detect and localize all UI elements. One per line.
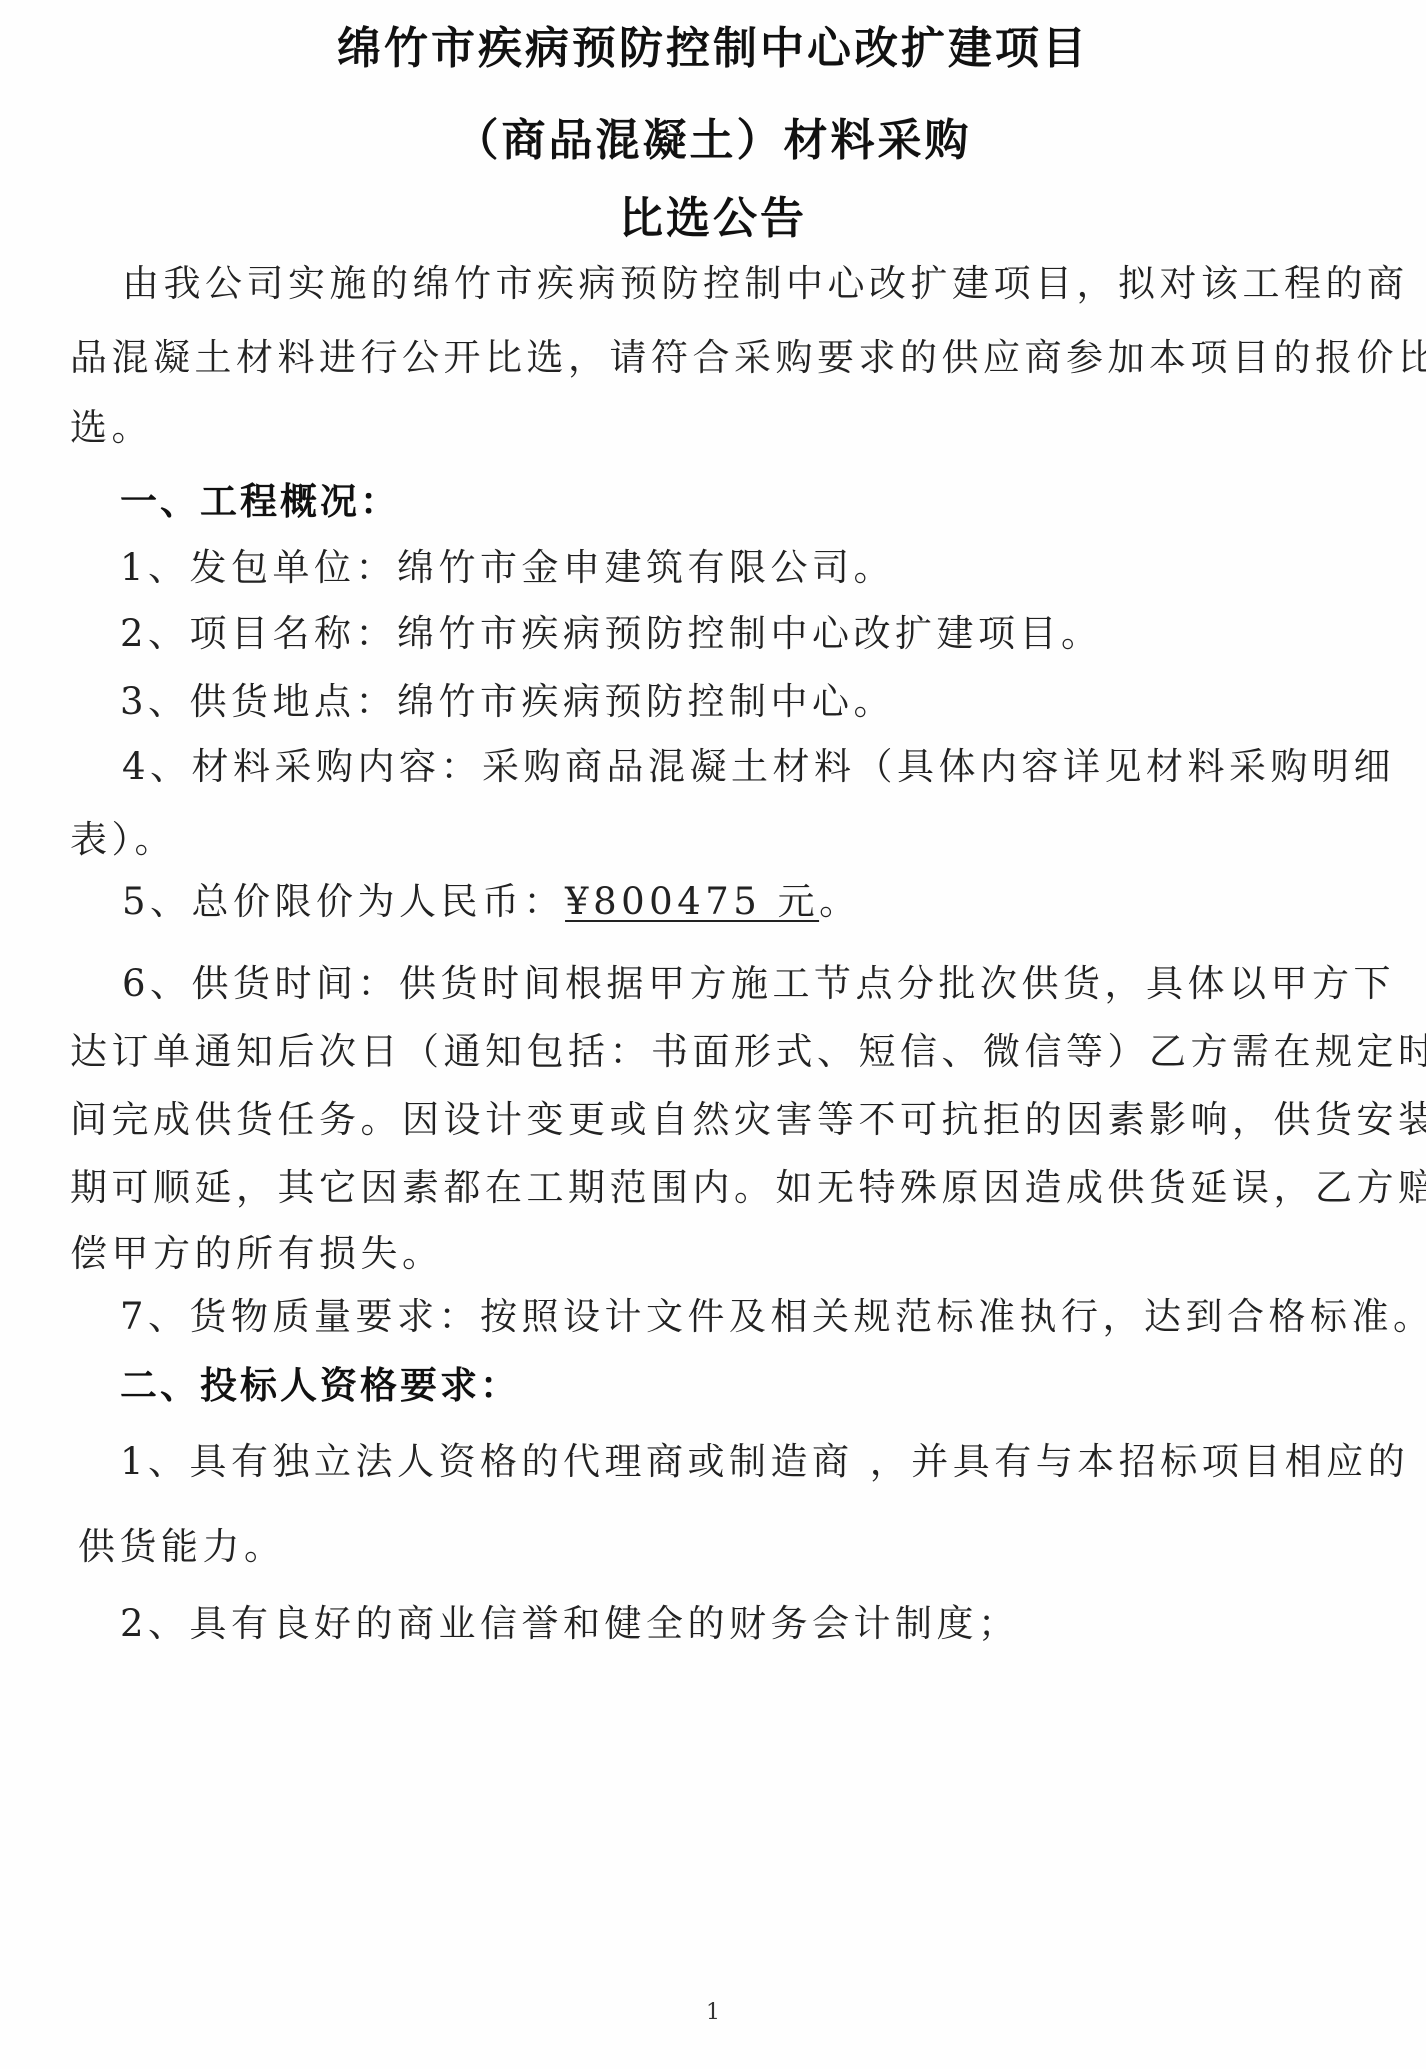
intro-paragraph-line-1: 由我公司实施的绵竹市疾病预防控制中心改扩建项目，拟对该工程的商	[122, 262, 1409, 306]
section-1-item-1: 1、发包单位：绵竹市金申建筑有限公司。	[120, 546, 895, 590]
page-number: 1	[0, 2000, 1426, 2025]
section-1-item-6-line-5: 偿甲方的所有损失。	[70, 1232, 444, 1276]
section-2-item-2: 2、具有良好的商业信誉和健全的财务会计制度；	[120, 1602, 1020, 1646]
intro-paragraph-line-2: 品混凝土材料进行公开比选，请符合采购要求的供应商参加本项目的报价比	[70, 336, 1426, 380]
section-2-heading: 二、投标人资格要求：	[120, 1364, 520, 1408]
document-page: 绵竹市疾病预防控制中心改扩建项目 （商品混凝土）材料采购 比选公告 由我公司实施…	[0, 0, 1426, 2069]
section-1-item-3: 3、供货地点：绵竹市疾病预防控制中心。	[120, 680, 895, 724]
section-1-item-6-line-4: 期可顺延，其它因素都在工期范围内。如无特殊原因造成供货延误，乙方赔	[70, 1166, 1426, 1210]
price-limit-label: 5、总价限价为人民币：	[122, 880, 565, 923]
price-limit-amount: ¥800475 元	[565, 880, 819, 923]
section-1-item-4-line-1: 4、材料采购内容：采购商品混凝土材料（具体内容详见材料采购明细	[122, 745, 1395, 789]
document-title-line-2: （商品混凝土）材料采购	[0, 114, 1426, 168]
intro-paragraph-line-3: 选。	[70, 406, 153, 450]
document-title-line-3: 比选公告	[0, 192, 1426, 246]
price-limit-suffix: 。	[819, 880, 861, 923]
section-1-item-6-line-3: 间完成供货任务。因设计变更或自然灾害等不可抗拒的因素影响，供货安装	[70, 1098, 1426, 1142]
document-title-line-1: 绵竹市疾病预防控制中心改扩建项目	[0, 22, 1426, 76]
section-1-item-6-line-1: 6、供货时间：供货时间根据甲方施工节点分批次供货，具体以甲方下	[122, 962, 1395, 1006]
section-2-item-1-line-2: 供货能力。	[78, 1525, 286, 1569]
section-1-item-4-line-2: 表）。	[70, 818, 176, 862]
section-2-item-1-line-1: 1、具有独立法人资格的代理商或制造商 ，并具有与本招标项目相应的	[120, 1440, 1409, 1484]
section-1-item-5: 5、总价限价为人民币：¥800475 元。	[122, 880, 861, 924]
section-1-item-6-line-2: 达订单通知后次日（通知包括：书面形式、短信、微信等）乙方需在规定时	[70, 1030, 1426, 1074]
section-1-item-7: 7、货物质量要求：按照设计文件及相关规范标准执行，达到合格标准。	[120, 1295, 1426, 1339]
section-1-item-2: 2、项目名称：绵竹市疾病预防控制中心改扩建项目。	[120, 612, 1103, 656]
section-1-heading: 一、工程概况：	[120, 480, 400, 524]
